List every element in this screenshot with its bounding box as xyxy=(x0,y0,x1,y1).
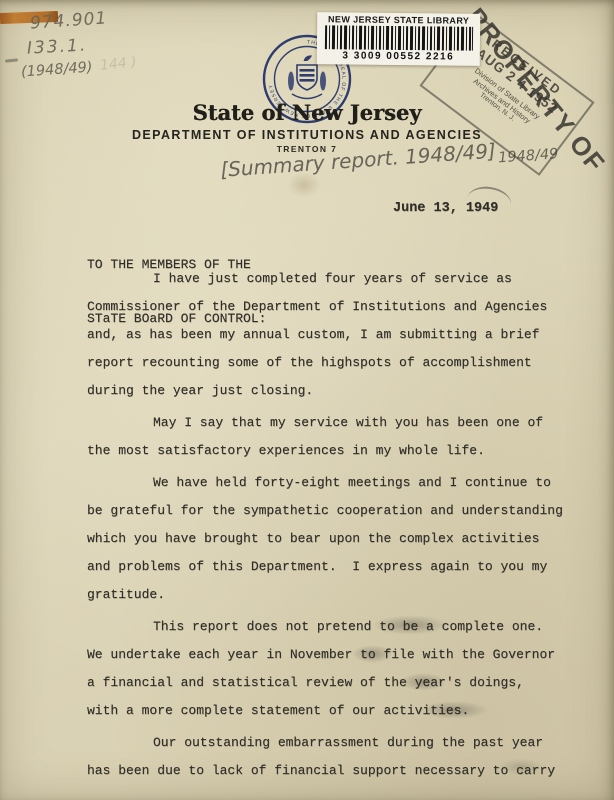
paragraph: This report does not pretend to be a com… xyxy=(87,613,587,725)
paragraph: May I say that my service with you has b… xyxy=(87,409,587,465)
ink-blot xyxy=(492,756,550,778)
ink-blot xyxy=(345,642,400,666)
ink-blot xyxy=(360,612,460,638)
ink-blot xyxy=(408,698,500,722)
ink-blot xyxy=(392,670,454,694)
barcode-icon xyxy=(323,25,473,51)
erased-pencil-ghost: 144 ) xyxy=(99,54,137,74)
library-barcode-label: NEW JERSEY STATE LIBRARY 3 3009 00552 22… xyxy=(317,12,481,66)
call-number-line-1: 974.901 xyxy=(29,8,108,33)
call-number-line-3: (1948/49) xyxy=(21,60,94,81)
paragraph: We have held forty-eight meetings and I … xyxy=(87,469,587,609)
barcode-label-title: NEW JERSEY STATE LIBRARY xyxy=(317,14,480,26)
paragraph: I have just completed four years of serv… xyxy=(87,265,587,405)
scanned-letter-page: 974.901 I33.1. (1948/49) 144 ) THE GREAT… xyxy=(0,0,614,800)
letter-date: June 13, 1949 xyxy=(393,201,498,216)
call-number-line-2: I33.1. xyxy=(27,35,88,58)
barcode-number: 3 3009 00552 2216 xyxy=(317,50,480,63)
letter-body: I have just completed four years of serv… xyxy=(87,265,587,785)
pencil-dash-mark xyxy=(5,58,18,62)
